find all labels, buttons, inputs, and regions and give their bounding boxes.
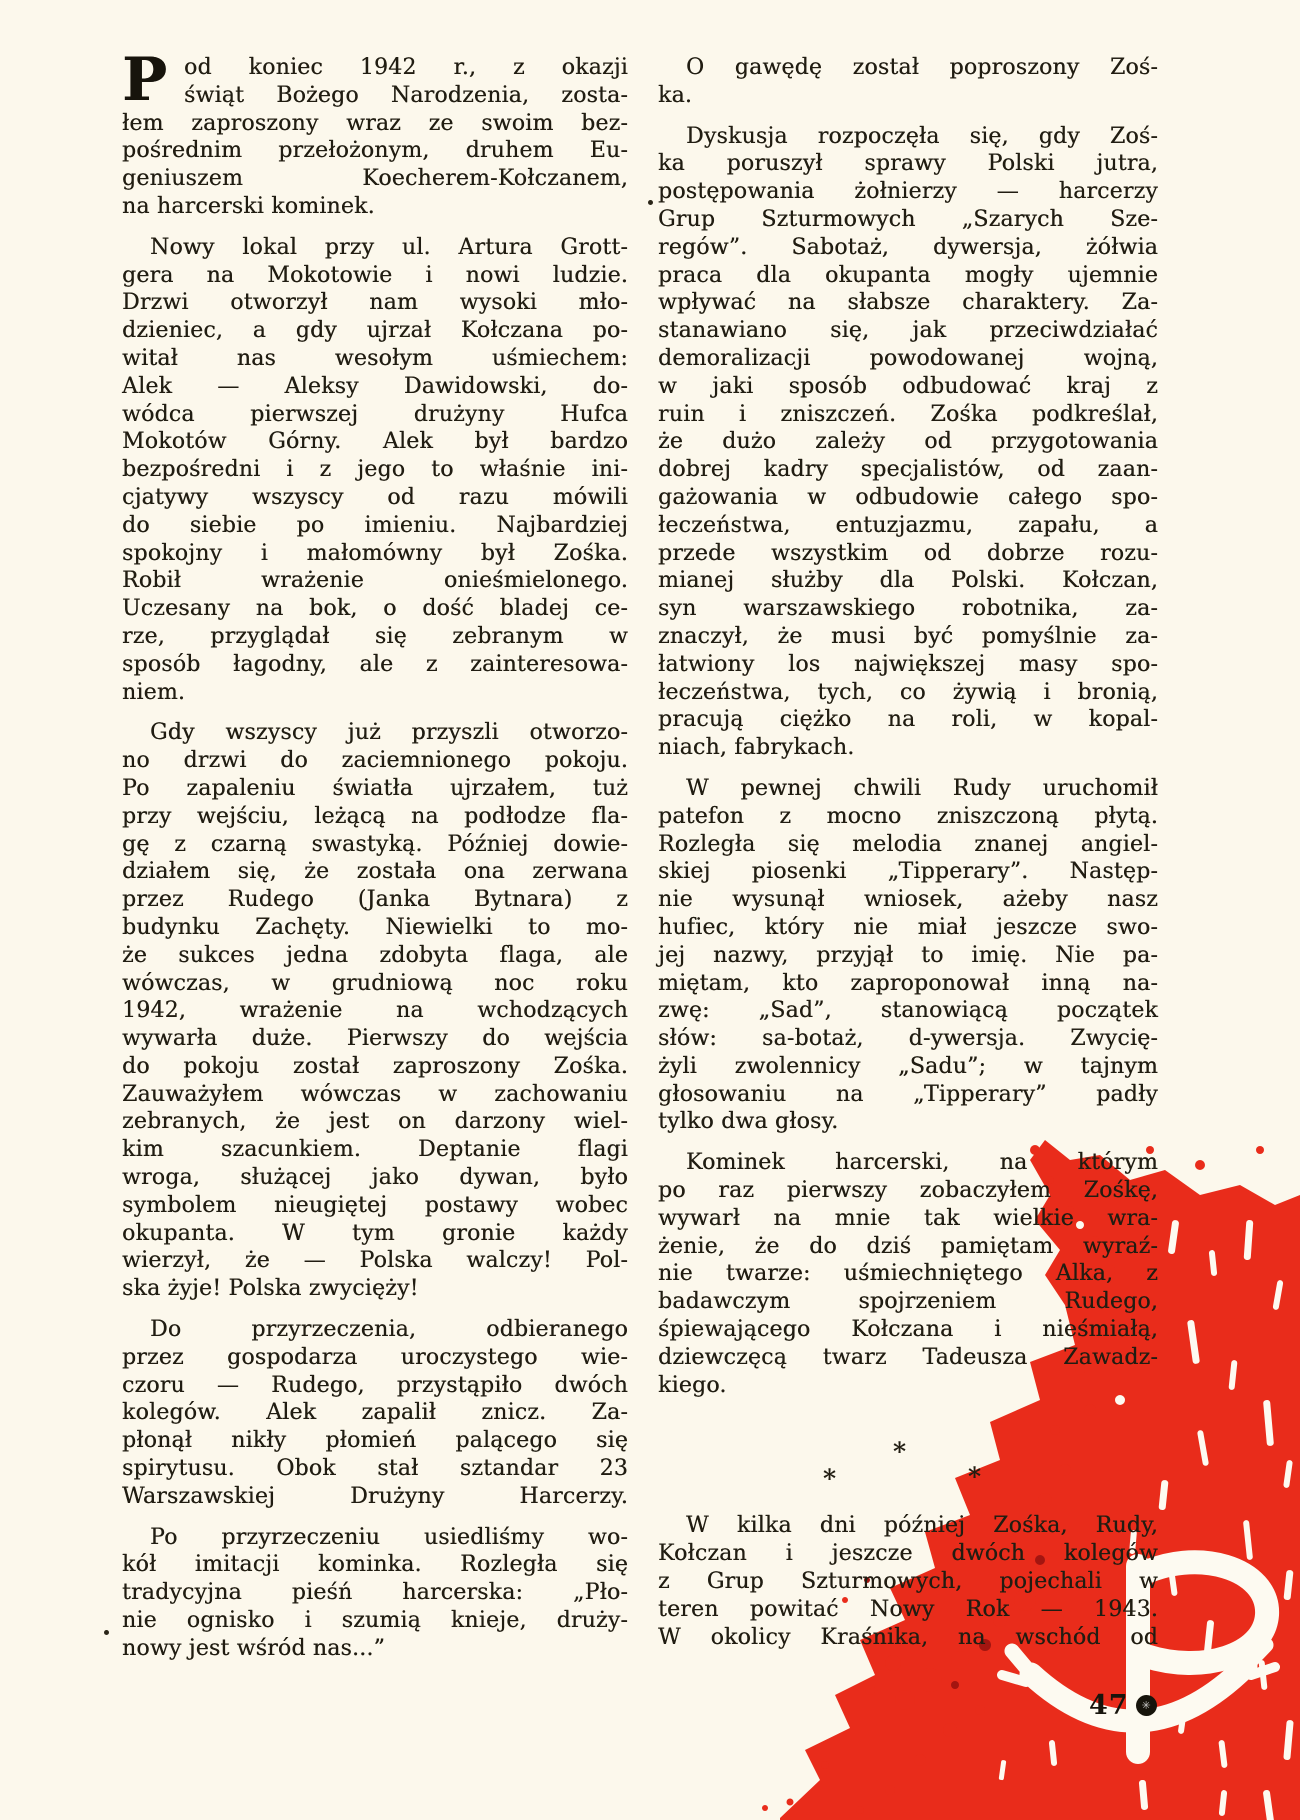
text-line: W okolicy Kraśnika, na wschód od — [658, 1624, 1158, 1652]
text-line: bezpośredni i z jego to właśnie ini- — [122, 456, 628, 484]
asterisk-glyph: * — [823, 1465, 836, 1493]
text-line: witał nas wesołym uśmiechem: — [122, 345, 628, 373]
text-line: wierzył, że — Polska walczy! Pol- — [122, 1247, 628, 1275]
text-column-right: O gawędę został poproszony Zoś-ka.Dyskus… — [658, 54, 1158, 1664]
text-line: spokojny i małomówny był Zośka. — [122, 540, 628, 568]
text-line: działem się, że została ona zerwana — [122, 858, 628, 886]
text-line: niem. — [122, 679, 628, 707]
paragraph: Gdy wszyscy już przyszli otworzo-no drzw… — [122, 719, 628, 1303]
text-line: syn warszawskiego robotnika, za- — [658, 595, 1158, 623]
text-line: Drzwi otworzył nam wysoki mło- — [122, 289, 628, 317]
text-line: Rozległa się melodia znanej angiel- — [658, 831, 1158, 859]
asterisk-glyph: * — [893, 1438, 906, 1466]
text-line: że dużo zależy od przygotowania — [658, 428, 1158, 456]
text-line: przy wejściu, leżącą na podłodze fla- — [122, 803, 628, 831]
text-line: płonął nikły płomień palącego się — [122, 1427, 628, 1455]
text-line: symbolem nieugiętej postawy wobec — [122, 1192, 628, 1220]
text-line: badawczym spojrzeniem Rudego, — [658, 1288, 1158, 1316]
paragraph: Dyskusja rozpoczęła się, gdy Zoś-ka poru… — [658, 123, 1158, 762]
text-line: po raz pierwszy zobaczyłem Zośkę, — [658, 1177, 1158, 1205]
text-line: Do przyrzeczenia, odbieranego — [122, 1316, 628, 1344]
text-line: łatwiony los największej masy spo- — [658, 651, 1158, 679]
text-line: wódca pierwszej drużyny Hufca — [122, 401, 628, 429]
text-line: Uczesany na bok, o dość bladej ce- — [122, 595, 628, 623]
paragraph: Nowy lokal przy ul. Artura Grott-gera na… — [122, 234, 628, 707]
text-line: tylko dwa głosy. — [658, 1108, 1158, 1136]
text-line: W pewnej chwili Rudy uruchomił — [658, 775, 1158, 803]
text-line: Kołczan i jeszcze dwóch kolegów — [658, 1540, 1158, 1568]
text-line: dziewczęcą twarz Tadeusza Zawadz- — [658, 1344, 1158, 1372]
paragraph: Do przyrzeczenia, odbieranegoprzez gospo… — [122, 1316, 628, 1511]
text-line: gażowania w odbudowie całego spo- — [658, 484, 1158, 512]
text-line: miętam, kto zaproponował inną na- — [658, 970, 1158, 998]
text-line: Alek — Aleksy Dawidowski, do- — [122, 373, 628, 401]
text-line: kim szacunkiem. Deptanie flagi — [122, 1136, 628, 1164]
text-line: Nowy lokal przy ul. Artura Grott- — [122, 234, 628, 262]
text-line: Dyskusja rozpoczęła się, gdy Zoś- — [658, 123, 1158, 151]
text-line: skiej piosenki „Tipperary”. Następ- — [658, 858, 1158, 886]
text-line: regów”. Sabotaż, dywersja, żółwia — [658, 234, 1158, 262]
text-line: postępowania żołnierzy — harcerzy — [658, 178, 1158, 206]
text-line: łeczeństwa, entuzjazmu, zapału, a — [658, 512, 1158, 540]
text-line: jej nazwy, przyjął to imię. Nie pa- — [658, 942, 1158, 970]
text-line: wówczas, w grudniową noc roku — [122, 970, 628, 998]
text-line: świąt Bożego Narodzenia, zosta- — [122, 82, 628, 110]
text-line: dobrej kadry specjalistów, od zaan- — [658, 456, 1158, 484]
text-line: żenie, że do dziś pamiętam wyraź- — [658, 1233, 1158, 1261]
text-line: nie twarze: uśmiechniętego Alka, z — [658, 1260, 1158, 1288]
page-number: 47 — [1089, 1690, 1129, 1721]
text-line: z Grup Szturmowych, pojechali w — [658, 1568, 1158, 1596]
printer-mark-icon: ✳ — [1136, 1695, 1157, 1716]
text-line: teren powitać Nowy Rok — 1943. — [658, 1596, 1158, 1624]
text-line: Mokotów Górny. Alek był bardzo — [122, 428, 628, 456]
text-line: demoralizacji powodowanej wojną, — [658, 345, 1158, 373]
text-line: kół imitacji kominka. Rozległa się — [122, 1551, 628, 1579]
text-line: nie wysunął wniosek, ażeby nasz — [658, 886, 1158, 914]
text-line: na harcerski kominek. — [122, 193, 628, 221]
text-line: czoru — Rudego, przystąpiło dwóch — [122, 1372, 628, 1400]
text-line: wywarła duże. Pierwszy do wejścia — [122, 1025, 628, 1053]
paragraph: W kilka dni później Zośka, Rudy,Kołczan … — [658, 1512, 1158, 1651]
text-line: ruin i zniszczeń. Zośka podkreślał, — [658, 401, 1158, 429]
text-line: rze, przyglądał się zebranym w — [122, 623, 628, 651]
text-line: Gdy wszyscy już przyszli otworzo- — [122, 719, 628, 747]
book-page: Pod koniec 1942 r., z okazjiświąt Bożego… — [0, 0, 1300, 1820]
scan-speck — [648, 200, 653, 205]
text-line: spirytusu. Obok stał sztandar 23 — [122, 1455, 628, 1483]
text-line: sposób łagodny, ale z zainteresowa- — [122, 651, 628, 679]
paragraph: W pewnej chwili Rudy uruchomiłpatefon z … — [658, 775, 1158, 1136]
text-line: niach, fabrykach. — [658, 734, 1158, 762]
text-line: geniuszem Koecherem-Kołczanem, — [122, 165, 628, 193]
text-line: do pokoju został zaproszony Zośka. — [122, 1053, 628, 1081]
text-line: no drzwi do zaciemnionego pokoju. — [122, 747, 628, 775]
text-line: budynku Zachęty. Niewielki to mo- — [122, 914, 628, 942]
page-footer: 47 ✳ — [1089, 1690, 1157, 1721]
text-line: Grup Szturmowych „Szarych Sze- — [658, 206, 1158, 234]
text-line: w jaki sposób odbudować kraj z — [658, 373, 1158, 401]
paragraph: Po przyrzeczeniu usiedliśmy wo-kół imita… — [122, 1524, 628, 1663]
text-line: słów: sa-botaż, d-ywersja. Zwycię- — [658, 1025, 1158, 1053]
text-line: przez Rudego (Janka Bytnara) z — [122, 886, 628, 914]
text-line: Po przyrzeczeniu usiedliśmy wo- — [122, 1524, 628, 1552]
text-line: do siebie po imieniu. Najbardziej — [122, 512, 628, 540]
text-line: Zauważyłem wówczas w zachowaniu — [122, 1081, 628, 1109]
text-line: hufiec, który nie miał jeszcze swo- — [658, 914, 1158, 942]
text-line: pracują ciężko na roli, w kopal- — [658, 706, 1158, 734]
section-separator: *** — [658, 1412, 1158, 1512]
text-line: tradycyjna pieśń harcerska: „Pło- — [122, 1579, 628, 1607]
text-line: Warszawskiej Drużyny Harcerzy. — [122, 1483, 628, 1511]
text-line: zwę: „Sad”, stanowiącą początek — [658, 997, 1158, 1025]
text-line: żyli zwolennicy „Sadu”; w tajnym — [658, 1053, 1158, 1081]
text-line: ka poruszył sprawy Polski jutra, — [658, 150, 1158, 178]
text-line: ka. — [658, 82, 1158, 110]
text-line: Po zapaleniu światła ujrzałem, tuż — [122, 775, 628, 803]
paragraph: Kominek harcerski, na którympo raz pierw… — [658, 1149, 1158, 1399]
text-line: dzieniec, a gdy ujrzał Kołczana po- — [122, 317, 628, 345]
text-line: gera na Mokotowie i nowi ludzie. — [122, 262, 628, 290]
text-line: śpiewającego Kołczana i nieśmiałą, — [658, 1316, 1158, 1344]
text-line: O gawędę został poproszony Zoś- — [658, 54, 1158, 82]
text-line: W kilka dni później Zośka, Rudy, — [658, 1512, 1158, 1540]
text-line: głosowaniu na „Tipperary” padły — [658, 1081, 1158, 1109]
text-line: cjatywy wszyscy od razu mówili — [122, 484, 628, 512]
text-line: że sukces jedna zdobyta flaga, ale — [122, 942, 628, 970]
text-line: ska żyje! Polska zwycięży! — [122, 1275, 628, 1303]
asterisk-glyph: * — [968, 1463, 981, 1491]
text-line: nie ognisko i szumią knieje, druży- — [122, 1607, 628, 1635]
text-line: okupanta. W tym gronie każdy — [122, 1220, 628, 1248]
text-line: Robił wrażenie onieśmielonego. — [122, 567, 628, 595]
paragraph: O gawędę został poproszony Zoś-ka. — [658, 54, 1158, 110]
text-line: przede wszystkim od dobrze rozu- — [658, 540, 1158, 568]
text-line: znaczył, że musi być pomyślnie za- — [658, 623, 1158, 651]
text-line: od koniec 1942 r., z okazji — [122, 54, 628, 82]
text-line: wywarł na mnie tak wielkie wra- — [658, 1205, 1158, 1233]
text-line: mianej służby dla Polski. Kołczan, — [658, 567, 1158, 595]
text-line: łem zaproszony wraz ze swoim bez- — [122, 110, 628, 138]
text-line: kiego. — [658, 1372, 1158, 1400]
text-line: patefon z mocno zniszczoną płytą. — [658, 803, 1158, 831]
text-line: gę z czarną swastyką. Później dowie- — [122, 831, 628, 859]
scan-speck — [104, 1630, 109, 1635]
text-line: Kominek harcerski, na którym — [658, 1149, 1158, 1177]
text-line: praca dla okupanta mogły ujemnie — [658, 262, 1158, 290]
text-line: kolegów. Alek zapalił znicz. Za- — [122, 1399, 628, 1427]
text-line: nowy jest wśród nas...” — [122, 1635, 628, 1663]
drop-cap: P — [122, 54, 178, 107]
text-line: zebranych, że jest on darzony wiel- — [122, 1108, 628, 1136]
text-line: stanawiano się, jak przeciwdziałać — [658, 317, 1158, 345]
text-line: pośrednim przełożonym, druhem Eu- — [122, 137, 628, 165]
text-column-left: Pod koniec 1942 r., z okazjiświąt Bożego… — [122, 54, 628, 1676]
text-line: wpływać na słabsze charaktery. Za- — [658, 289, 1158, 317]
text-line: wroga, służącej jako dywan, było — [122, 1164, 628, 1192]
text-line: przez gospodarza uroczystego wie- — [122, 1344, 628, 1372]
paragraph: Pod koniec 1942 r., z okazjiświąt Bożego… — [122, 54, 628, 221]
text-line: łeczeństwa, tych, co żywią i bronią, — [658, 679, 1158, 707]
text-line: 1942, wrażenie na wchodzących — [122, 997, 628, 1025]
